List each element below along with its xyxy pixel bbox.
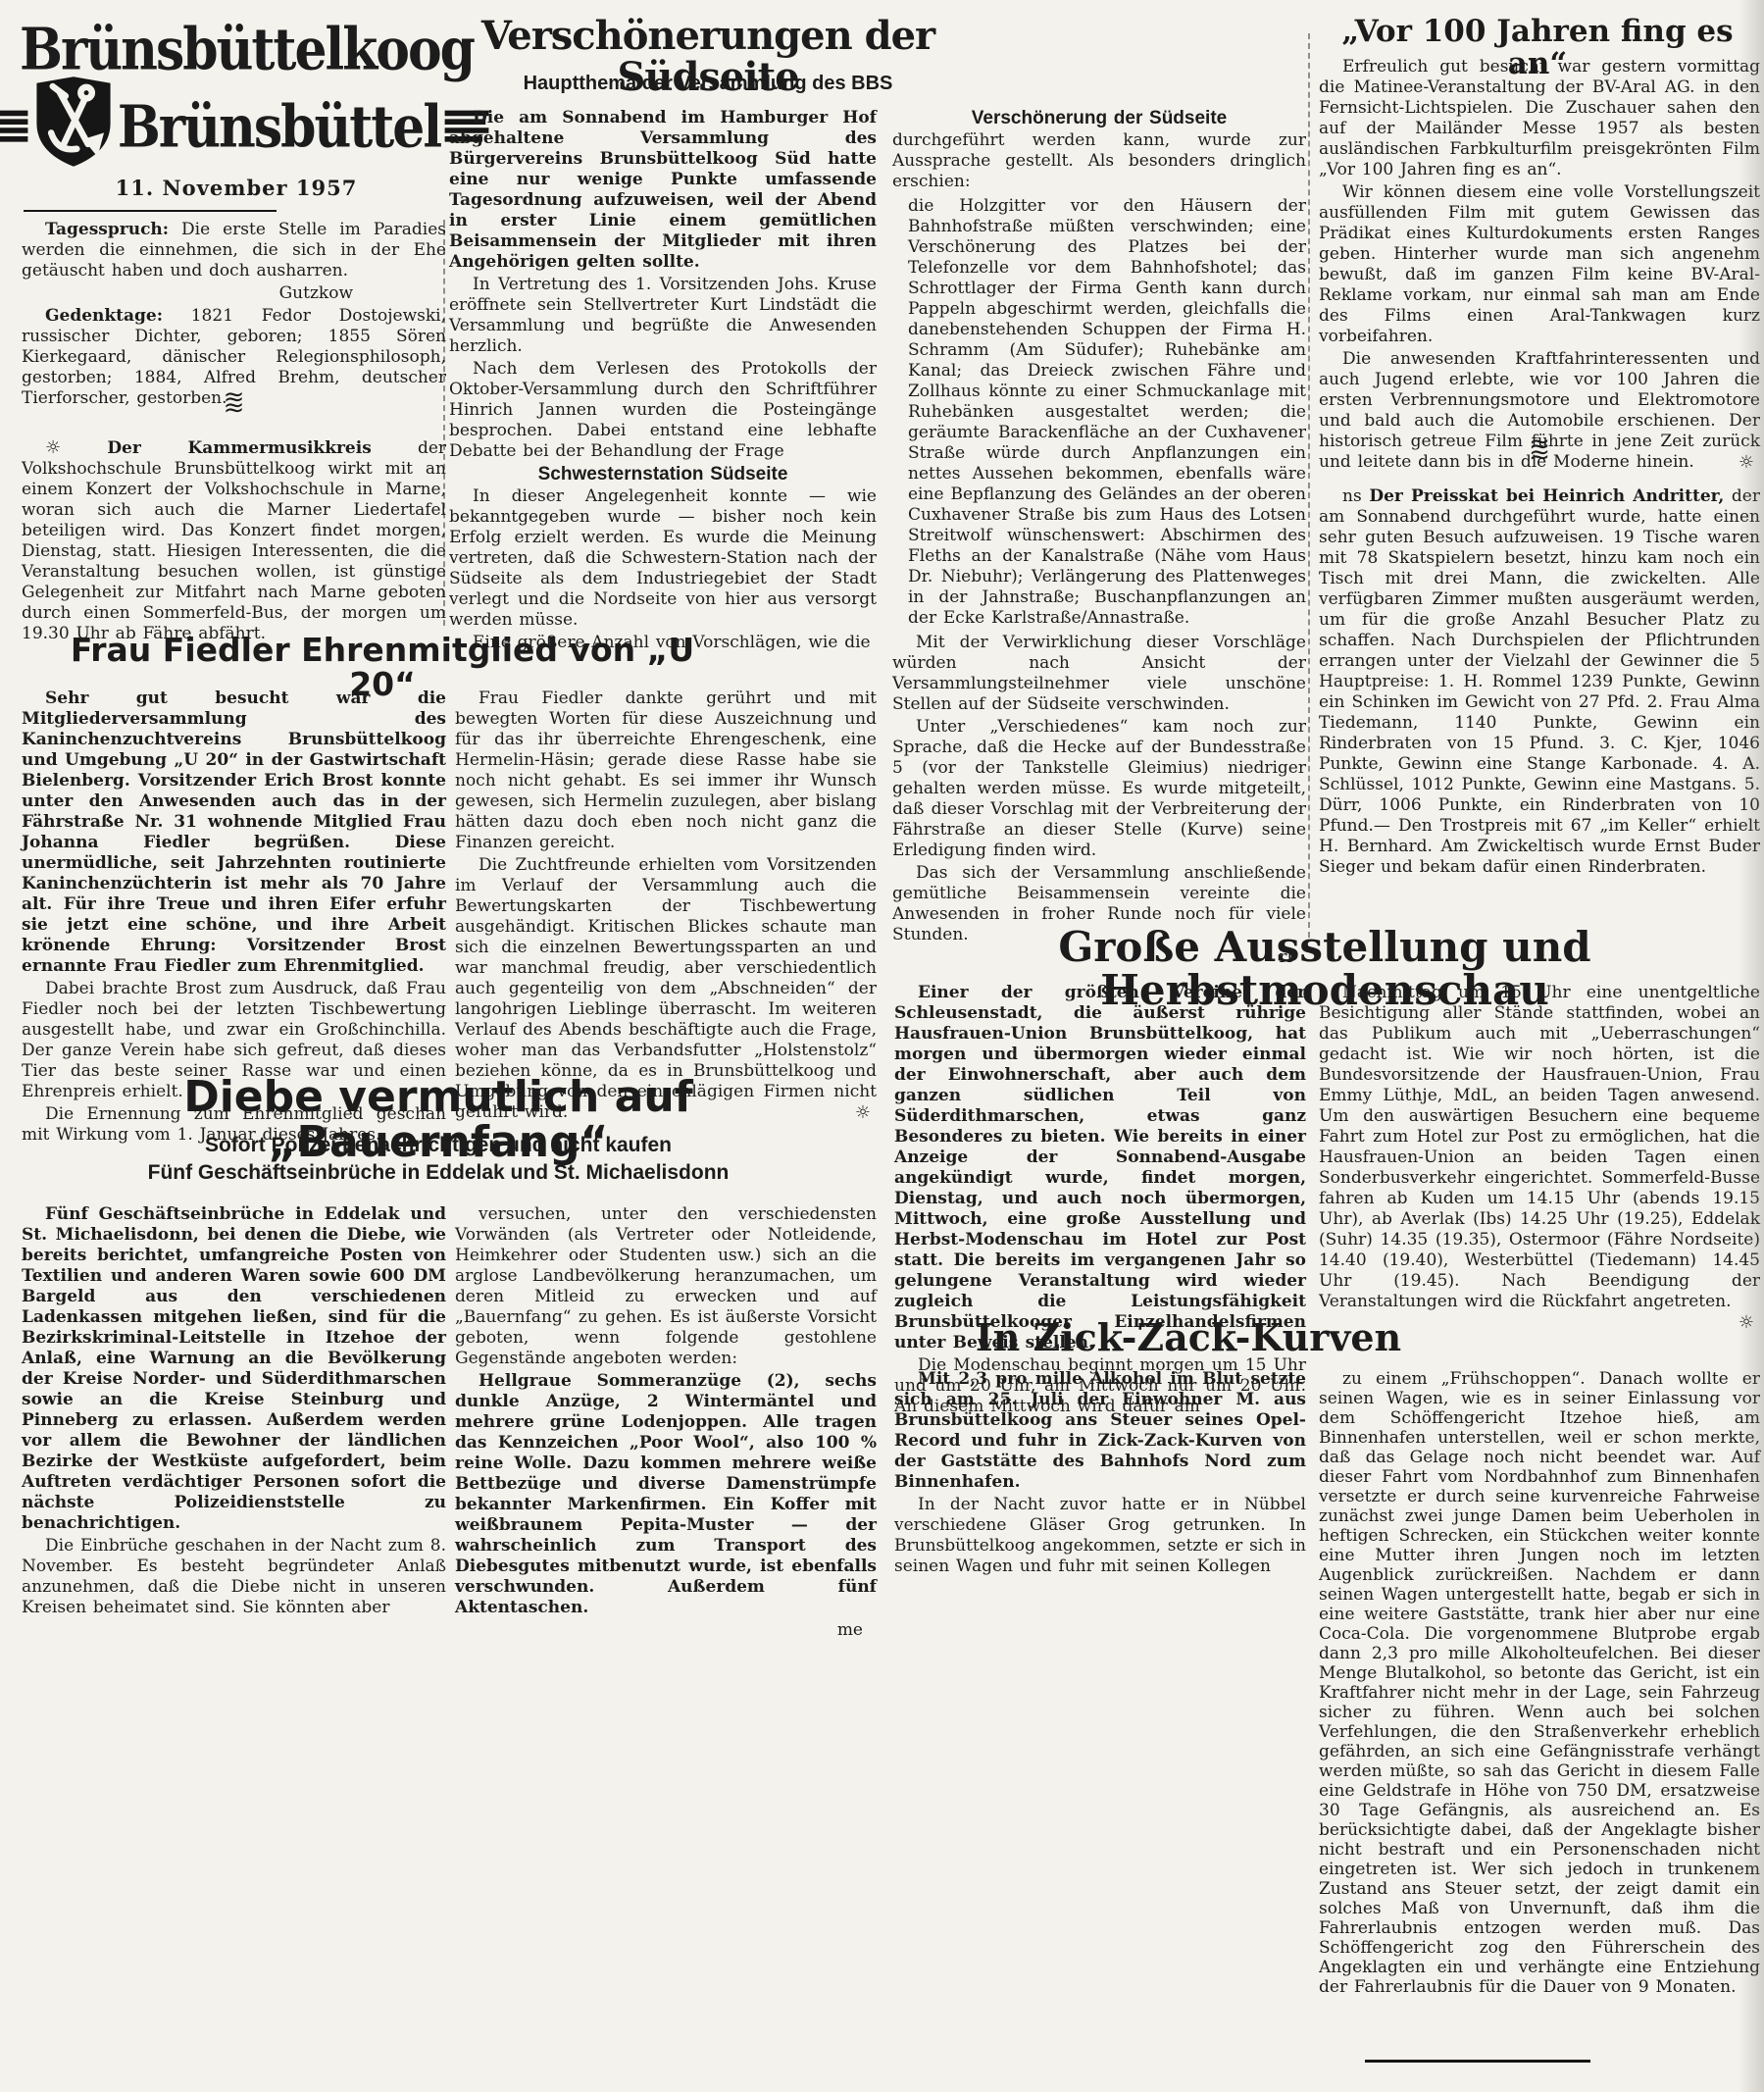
preisskat-lead: Der Preisskat bei Heinrich Andritter, xyxy=(1369,486,1724,506)
paragraph: Sehr gut besucht war die Mitgliederversa… xyxy=(22,689,446,977)
paragraph: Die am Sonnabend im Hamburger Hof abgeha… xyxy=(449,108,877,273)
tagesspruch-author: Gutzkow xyxy=(22,283,446,304)
paragraph: In dieser Angelegenheit konnte — wie bek… xyxy=(449,486,877,631)
paragraph: Frau Fiedler dankte gerührt und mit bewe… xyxy=(455,689,877,853)
newspaper-page: Brünsbüttelkoog Brünsbüttel 1 xyxy=(0,0,1764,2092)
article-star-icon: ☼ xyxy=(1715,1312,1754,1333)
ribbon-left-icon xyxy=(0,106,29,147)
squiggle-divider-icon: ≈ ≈ xyxy=(1319,439,1760,461)
verschoenerungen-col1: Die am Sonnabend im Hamburger Hof abgeha… xyxy=(449,108,877,655)
author-initials: me xyxy=(455,1620,877,1641)
diebe-col2: versuchen, unter den verschiedensten Vor… xyxy=(455,1204,877,1643)
paragraph: Die Einbrüche geschahen in der Nacht zum… xyxy=(22,1536,446,1618)
paragraph: In der Nacht zuvor hatte er in Nübbel ve… xyxy=(894,1495,1306,1577)
kammermusik-lead: Der Kammermusikkreis xyxy=(107,438,371,458)
paragraph: Fünf Geschäftseinbrüche in Eddelak und S… xyxy=(22,1204,446,1534)
preisskat-text: der am Sonnabend durchgeführt wurde, hat… xyxy=(1319,486,1760,877)
verschoenerungen-deck: Hauptthema der Versammlung des BBS xyxy=(449,73,967,95)
paragraph: Wir können diesem eine volle Vorstellung… xyxy=(1319,182,1760,347)
bottom-rule xyxy=(1365,2060,1590,2063)
preisskat-prefix: ns xyxy=(1342,486,1369,506)
paragraph: Einer der größten Vereine der Schleusens… xyxy=(894,983,1306,1353)
paragraph: ns Der Preisskat bei Heinrich Andritter,… xyxy=(1319,486,1760,878)
masthead-title-line1: Brünsbüttelkoog xyxy=(20,16,453,84)
proposal-list: die Holzgitter vor den Häusern der Bahnh… xyxy=(892,196,1306,629)
section-subhead: Verschönerung der Südseite xyxy=(892,108,1306,128)
article-star-icon: ☼ xyxy=(45,437,61,458)
paragraph: Nachmittag um 15 Uhr eine unentgeltliche… xyxy=(1319,983,1760,1312)
paragraph: durchgeführt werden kann, wurde zur Auss… xyxy=(892,130,1306,192)
masthead: Brünsbüttelkoog Brünsbüttel 1 xyxy=(20,16,453,200)
paragraph: Mit der Verwirklichung dieser Vorschläge… xyxy=(892,633,1306,715)
zickzack-headline: In Zick-Zack-Kurven xyxy=(894,1318,1483,1357)
ausstellung-col2: Nachmittag um 15 Uhr eine unentgeltliche… xyxy=(1319,983,1760,1333)
vor100-article: Erfreulich gut besucht war gestern vormi… xyxy=(1319,57,1760,475)
kammermusik-paragraph: ☼ Der Kammermusikkreis der Volkshochschu… xyxy=(22,437,446,644)
zickzack-col1: Mit 2,3 pro mille Alkohol im Blut setzte… xyxy=(894,1369,1306,1579)
diebe-subhead-1: Sofort Polizei benachrichtigen und nicht… xyxy=(22,1134,855,1157)
paragraph: Unter „Verschiedenes“ kam noch zur Sprac… xyxy=(892,717,1306,861)
tagesspruch-label: Tagesspruch: xyxy=(45,220,169,239)
verschoenerungen-col2: Verschönerung der Südseite durchgeführt … xyxy=(892,108,1306,970)
column-rule-right xyxy=(1308,33,1310,938)
paragraph: Hellgraue Sommeranzüge (2), sechs dunkle… xyxy=(455,1371,877,1618)
masthead-rule xyxy=(24,210,277,212)
zickzack-col2: zu einem „Frühschoppen“. Danach wollte e… xyxy=(1319,1369,1760,1999)
masthead-date: 11. November 1957 xyxy=(20,176,453,200)
coat-of-arms-icon xyxy=(32,74,115,170)
paragraph: Erfreulich gut besucht war gestern vormi… xyxy=(1319,57,1760,180)
paragraph: Mit 2,3 pro mille Alkohol im Blut setzte… xyxy=(894,1369,1306,1493)
diebe-col1: Fünf Geschäftseinbrüche in Eddelak und S… xyxy=(22,1204,446,1620)
diebe-subhead-2: Fünf Geschäftseinbrüche in Eddelak und S… xyxy=(22,1161,855,1185)
preisskat-article: ns Der Preisskat bei Heinrich Andritter,… xyxy=(1319,486,1760,880)
gedenktage-label: Gedenktage: xyxy=(45,306,163,326)
fiedler-col2: Frau Fiedler dankte gerührt und mit bewe… xyxy=(455,689,877,1125)
kammermusik-article: ☼ Der Kammermusikkreis der Volkshochschu… xyxy=(22,437,446,646)
paragraph: zu einem „Frühschoppen“. Danach wollte e… xyxy=(1319,1369,1760,1997)
masthead-title-line2: Brünsbüttel xyxy=(118,92,440,161)
squiggle-divider-icon: ≈ ≈ xyxy=(22,392,446,414)
kammermusik-text: der Volkshochschule Brunsbüttelkoog wirk… xyxy=(22,438,446,643)
paragraph: versuchen, unter den verschiedensten Vor… xyxy=(455,1204,877,1369)
section-subhead: Schwesternstation Südseite xyxy=(449,464,877,485)
paragraph: Nach dem Verlesen des Protokolls der Okt… xyxy=(449,359,877,462)
tagesspruch-paragraph: Tagesspruch: Die erste Stelle im Paradie… xyxy=(22,220,446,281)
paragraph: In Vertretung des 1. Vorsitzenden Johs. … xyxy=(449,275,877,357)
